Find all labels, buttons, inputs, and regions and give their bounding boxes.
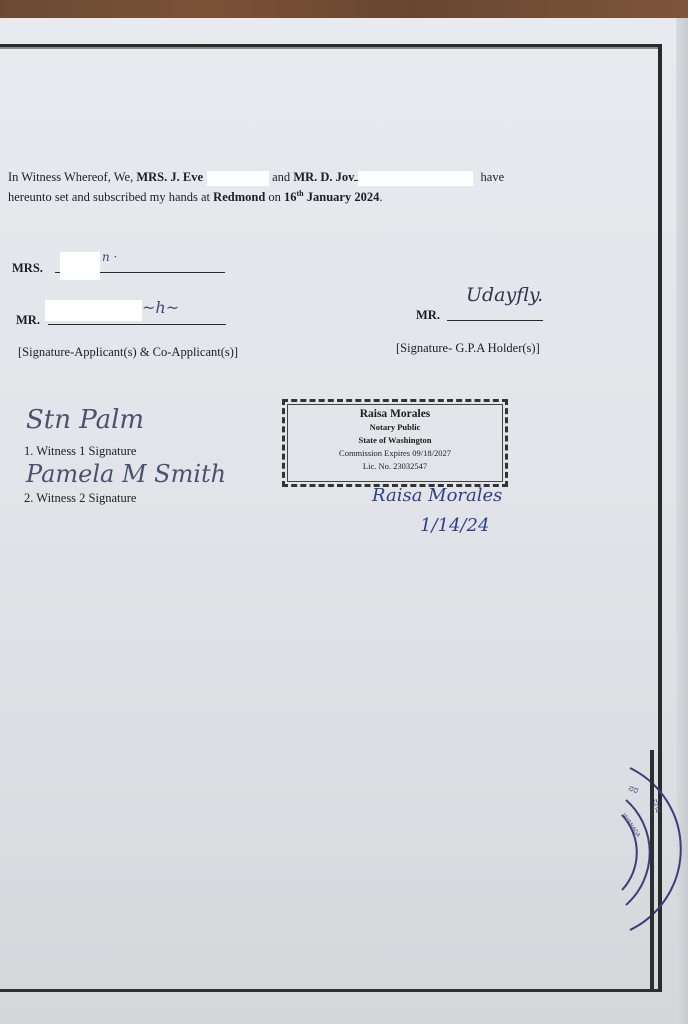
gpa-mr-label: MR. xyxy=(416,308,440,323)
clause-text: have xyxy=(477,170,504,184)
border-overlay xyxy=(650,750,654,990)
mrs-signature-fragment: n · xyxy=(102,250,117,264)
notary-state: State of Washington xyxy=(285,434,505,447)
witness-clause-line-2: hereunto set and subscribed my hands at … xyxy=(8,189,628,205)
witness-1-signature: Stn Palm xyxy=(26,405,144,435)
redaction-box xyxy=(207,171,269,186)
gpa-caption: [Signature- G.P.A Holder(s)] xyxy=(396,341,540,356)
notary-stamp: Raisa Morales Notary Public State of Was… xyxy=(282,399,508,487)
applicant-name-2: MR. D. Jov xyxy=(293,170,354,184)
witness-2-signature: Pamela M Smith xyxy=(26,460,226,488)
clause-text: on xyxy=(265,190,284,204)
date: 16th January 2024 xyxy=(284,190,379,204)
gpa-signature: Udayfly. xyxy=(466,284,543,306)
page-border xyxy=(0,44,662,992)
clause-text: hereunto set and subscribed my hands at xyxy=(8,190,213,204)
mr-signature-line xyxy=(48,324,226,325)
place: Redmond xyxy=(213,190,265,204)
gpa-signature-line xyxy=(447,320,543,321)
mr-label: MR. xyxy=(16,313,40,328)
clause-text: and xyxy=(269,170,293,184)
notary-signature-date: 1/14/24 xyxy=(420,515,489,536)
redaction-box xyxy=(60,252,100,280)
redaction-box xyxy=(358,171,473,186)
applicants-caption: [Signature-Applicant(s) & Co-Applicant(s… xyxy=(18,345,238,360)
notary-commission: Commission Expires 09/18/2027 xyxy=(285,447,505,460)
clause-text: In Witness Whereof, We, xyxy=(8,170,136,184)
notary-title: Notary Public xyxy=(285,421,505,434)
svg-text:ನರ: ನರ xyxy=(627,783,640,796)
applicant-name-1: MRS. J. Eve xyxy=(136,170,203,184)
mrs-label: MRS. xyxy=(12,261,43,276)
notary-license: Lic. No. 23032547 xyxy=(285,460,505,473)
svg-text:JAYANAGA: JAYANAGA xyxy=(620,812,641,839)
notary-name: Raisa Morales xyxy=(285,408,505,421)
redaction-box xyxy=(45,300,142,321)
mr-signature-fragment: ~h~ xyxy=(142,298,179,317)
office-seal: ನರ ನಗರ JAYANAGA xyxy=(600,760,688,940)
witness-2-label: 2. Witness 2 Signature xyxy=(24,491,136,506)
witness-clause-line-1: In Witness Whereof, We, MRS. J. Eve and … xyxy=(8,170,628,186)
notary-signature: Raisa Morales xyxy=(372,485,502,506)
witness-1-label: 1. Witness 1 Signature xyxy=(24,444,136,459)
